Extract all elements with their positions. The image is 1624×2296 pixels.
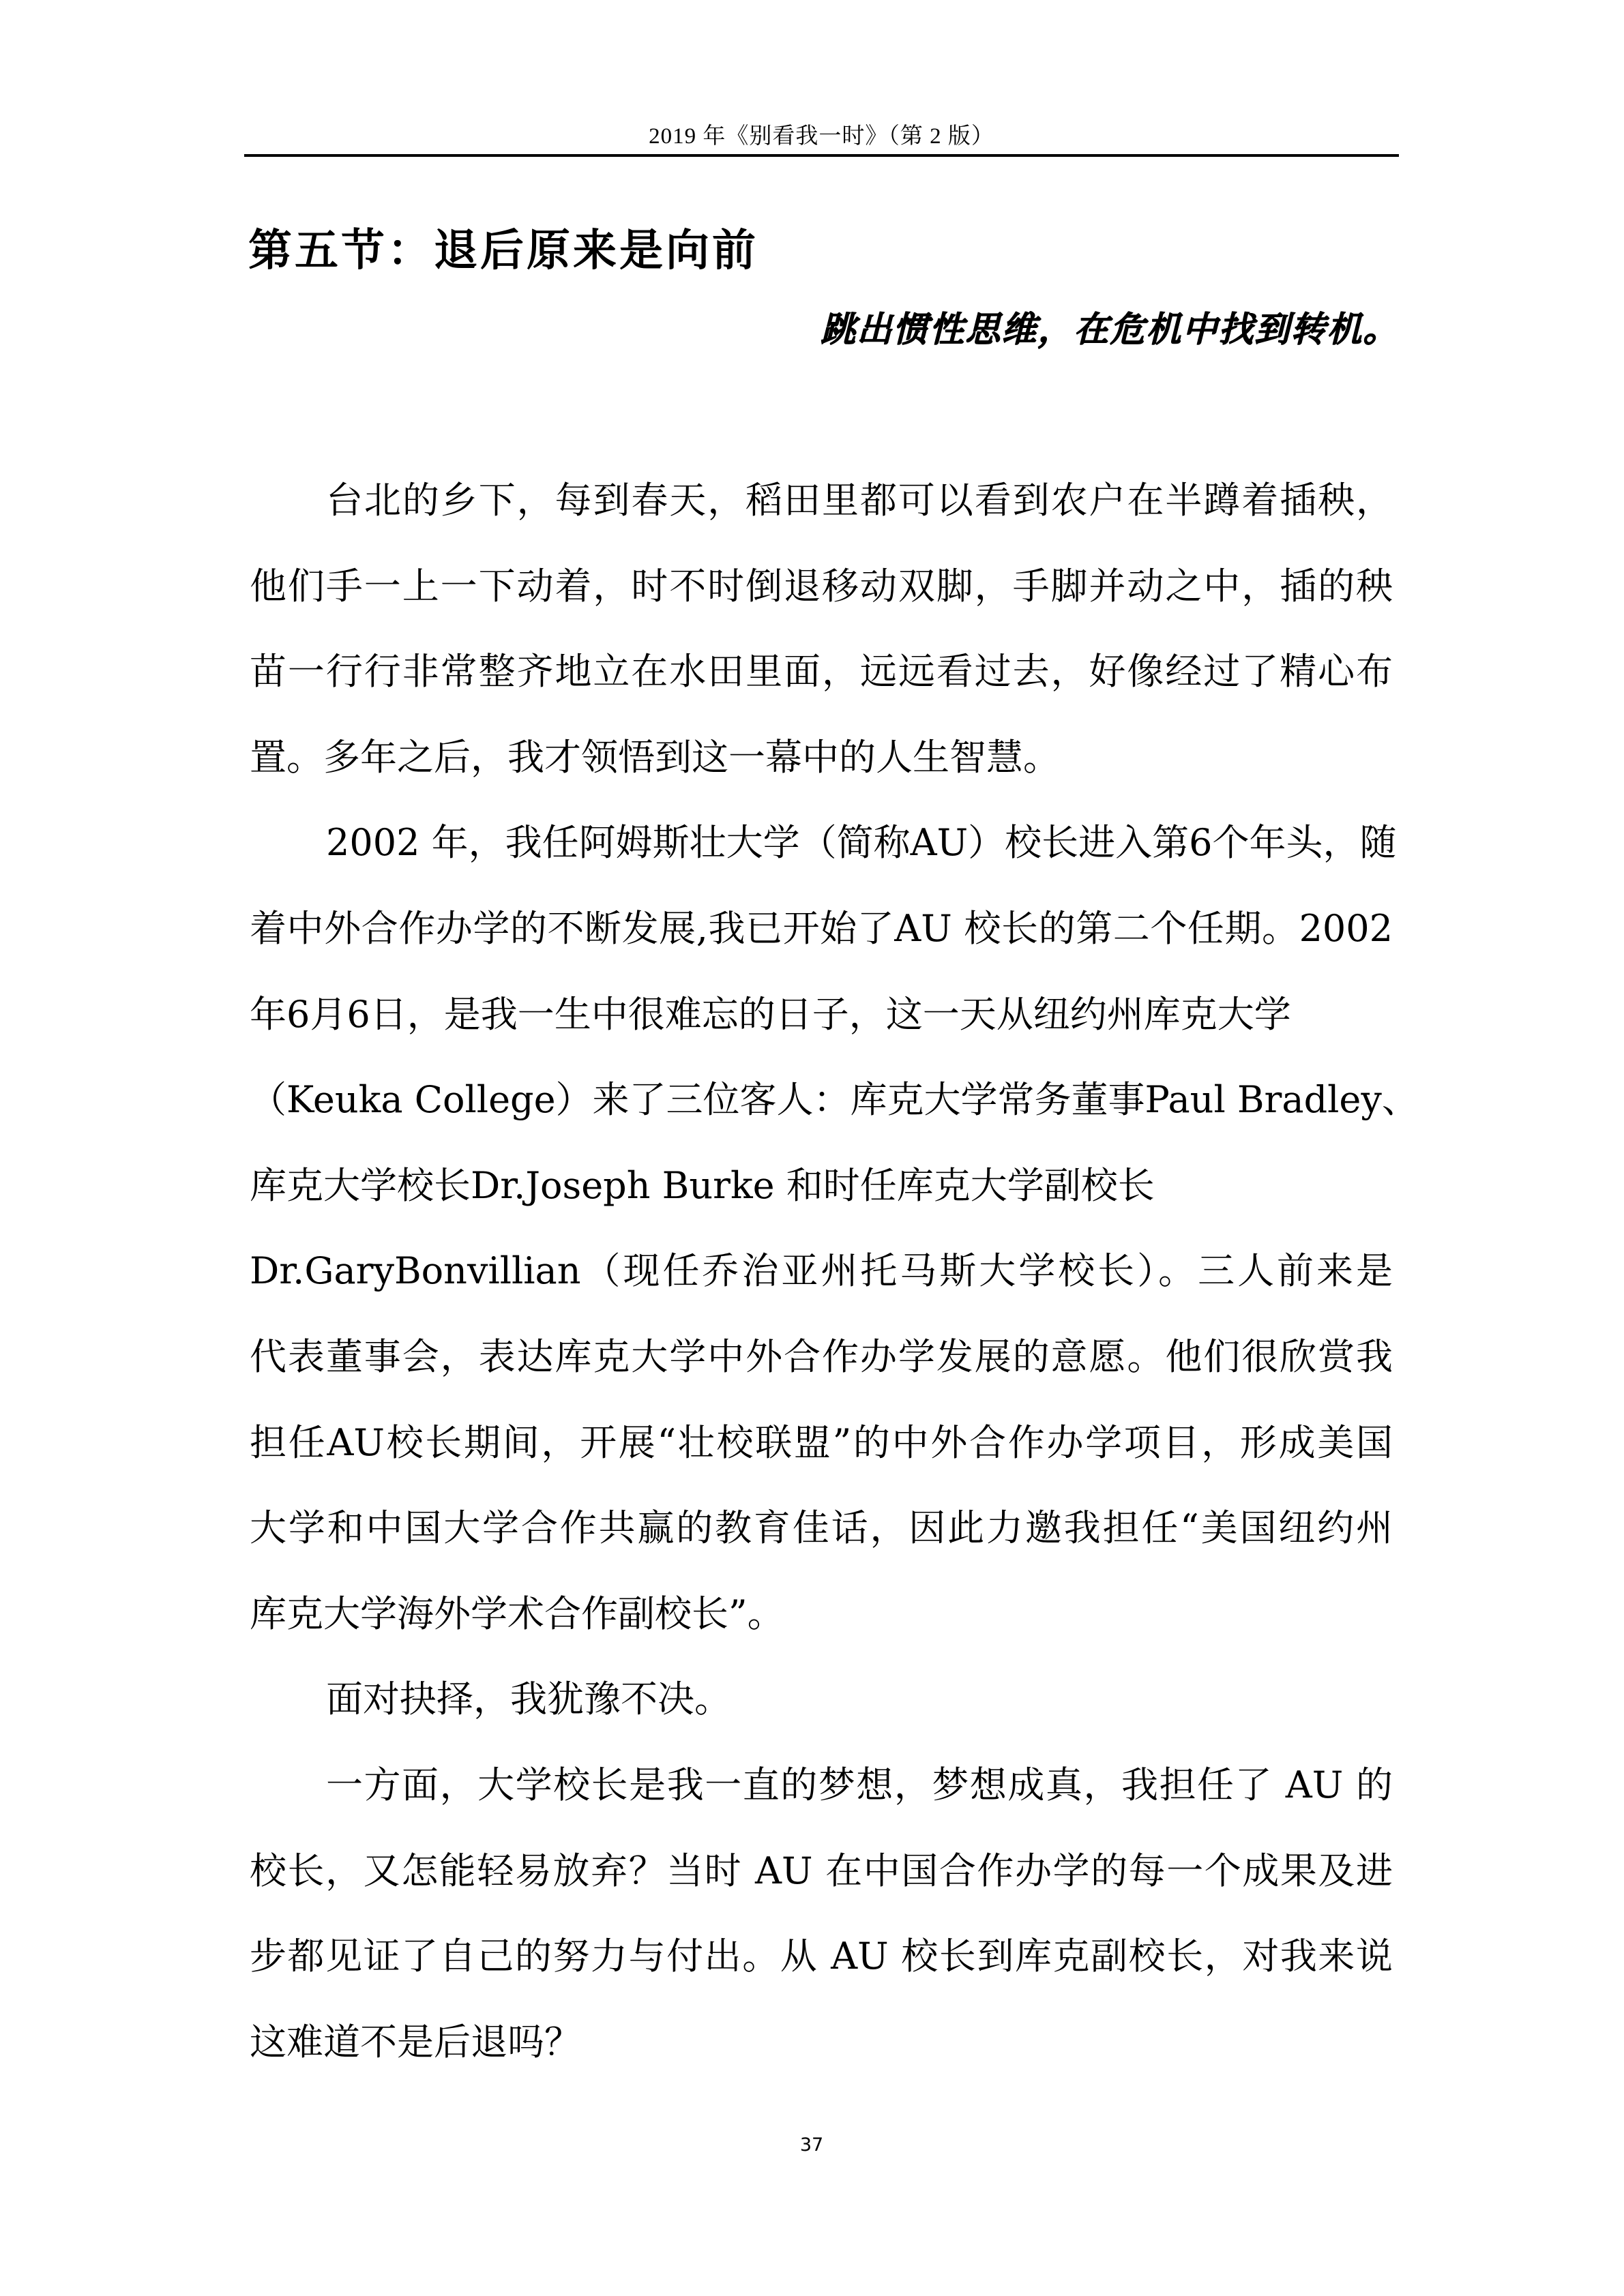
paragraph-1-line-3: 苗一行行非常整齐地立在水田里面，远远看过去，好像经过了精心布: [250, 650, 1393, 736]
header-rule: [244, 154, 1399, 157]
paragraph-2-line-5: 库克大学校长Dr.Joseph Burke 和时任库克大学副校长: [250, 1164, 1393, 1250]
paragraph-1-line-4: 置。多年之后，我才领悟到这一幕中的人生智慧。: [250, 736, 1393, 822]
paragraph-2-line-8: 担任AU校长期间，开展“壮校联盟”的中外合作办学项目，形成美国: [250, 1421, 1393, 1507]
section-epigraph: 跳出惯性思维，在危机中找到转机。: [821, 307, 1399, 352]
paragraph-2-line-3: 年6月6日，是我一生中很难忘的日子，这一天从纽约州库克大学: [250, 993, 1393, 1079]
paragraph-1-line-2: 他们手一上一下动着，时不时倒退移动双脚，手脚并动之中，插的秧: [250, 565, 1393, 651]
paragraph-2-line-7: 代表董事会，表达库克大学中外合作办学发展的意愿。他们很欣赏我: [250, 1335, 1393, 1421]
paragraph-4-line-3: 步都见证了自己的努力与付出。从 AU 校长到库克副校长，对我来说: [250, 1935, 1393, 2021]
paragraph-3-line-1: 面对抉择，我犹豫不决。: [250, 1678, 1393, 1763]
running-header: 2019 年《别看我一时》（第 2 版）: [244, 121, 1399, 151]
paragraph-2-line-10: 库克大学海外学术合作副校长”。: [250, 1592, 1393, 1678]
paragraph-2-line-1: 2002 年，我任阿姆斯壮大学（简称AU）校长进入第6个年头，随: [250, 821, 1393, 907]
paragraph-2-line-4: （Keuka College）来了三位客人：库克大学常务董事Paul Bradl…: [250, 1078, 1393, 1164]
body-text: 台北的乡下，每到春天，稻田里都可以看到农户在半蹲着插秧， 他们手一上一下动着，时…: [250, 479, 1393, 2106]
paragraph-2-line-9: 大学和中国大学合作共赢的教育佳话，因此力邀我担任“美国纽约州: [250, 1506, 1393, 1592]
paragraph-4-line-1: 一方面，大学校长是我一直的梦想，梦想成真，我担任了 AU 的: [250, 1763, 1393, 1849]
paragraph-1-line-1: 台北的乡下，每到春天，稻田里都可以看到农户在半蹲着插秧，: [250, 479, 1393, 565]
paragraph-2-line-6: Dr.GaryBonvillian（现任乔治亚州托马斯大学校长）。三人前来是: [250, 1249, 1393, 1335]
paragraph-4-line-2: 校长，又怎能轻易放弃？当时 AU 在中国合作办学的每一个成果及进: [250, 1849, 1393, 1935]
paragraph-2-line-2: 着中外合作办学的不断发展,我已开始了AU 校长的第二个任期。2002: [250, 907, 1393, 993]
page-number: 37: [784, 2134, 839, 2156]
section-title: 第五节：退后原来是向前: [248, 222, 758, 280]
paragraph-4-line-4: 这难道不是后退吗？: [250, 2021, 1393, 2106]
